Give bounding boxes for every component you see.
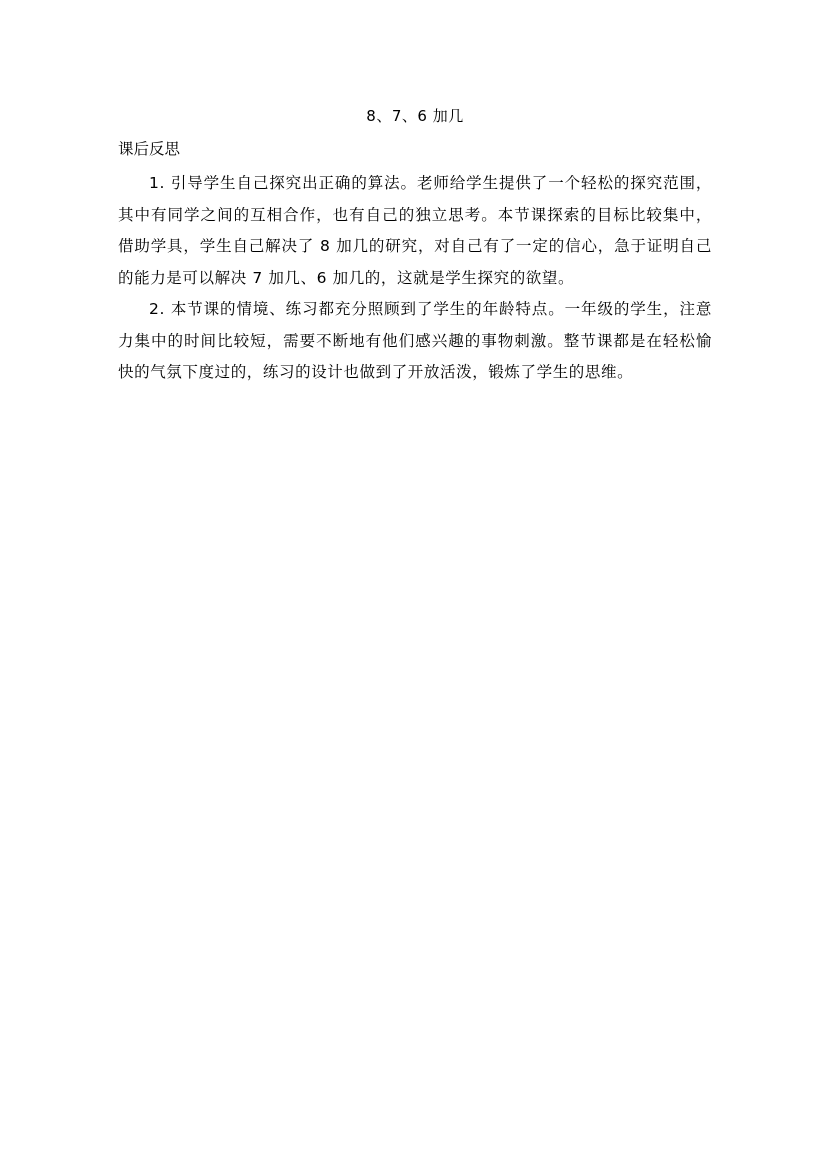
paragraph-1: 1. 引导学生自己探究出正确的算法。老师给学生提供了一个轻松的探究范围，其中有同… <box>118 168 712 294</box>
section-heading: 课后反思 <box>118 136 712 162</box>
document-title: 8、7、6 加几 <box>118 103 712 129</box>
paragraph-2: 2. 本节课的情境、练习都充分照顾到了学生的年龄特点。一年级的学生，注意力集中的… <box>118 294 712 389</box>
document-page: 8、7、6 加几 课后反思 1. 引导学生自己探究出正确的算法。老师给学生提供了… <box>118 103 712 389</box>
